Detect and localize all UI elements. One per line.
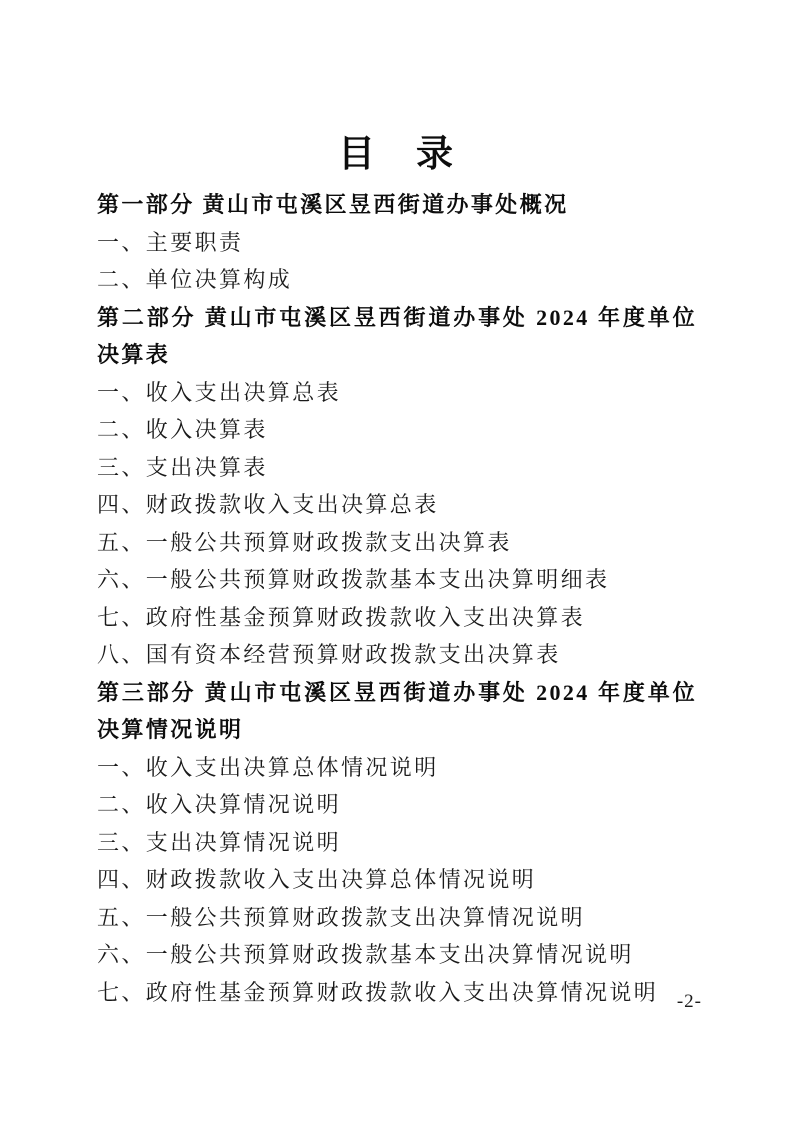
document-page: 目 录 第一部分 黄山市屯溪区昱西街道办事处概况 一、主要职责 二、单位决算构成… xyxy=(0,0,793,1122)
toc-item: 二、单位决算构成 xyxy=(97,261,697,299)
toc-item: 五、一般公共预算财政拨款支出决算情况说明 xyxy=(97,899,697,937)
toc-item: 一、收入支出决算总表 xyxy=(97,374,697,412)
page-title: 目 录 xyxy=(0,132,793,178)
toc-section-3-heading: 第三部分 黄山市屯溪区昱西街道办事处 2024 年度单位决算情况说明 xyxy=(97,674,697,749)
page-number: -2- xyxy=(677,991,702,1013)
toc-item: 六、一般公共预算财政拨款基本支出决算明细表 xyxy=(97,561,697,599)
toc-item: 三、支出决算情况说明 xyxy=(97,824,697,862)
toc-item: 一、主要职责 xyxy=(97,224,697,262)
toc-section-2-heading: 第二部分 黄山市屯溪区昱西街道办事处 2024 年度单位决算表 xyxy=(97,299,697,374)
toc-item: 一、收入支出决算总体情况说明 xyxy=(97,749,697,787)
toc-item: 二、收入决算情况说明 xyxy=(97,786,697,824)
toc-item: 二、收入决算表 xyxy=(97,411,697,449)
toc-item: 四、财政拨款收入支出决算总表 xyxy=(97,486,697,524)
toc-item: 七、政府性基金预算财政拨款收入支出决算情况说明 xyxy=(97,974,697,1012)
toc-item: 五、一般公共预算财政拨款支出决算表 xyxy=(97,524,697,562)
toc-item: 四、财政拨款收入支出决算总体情况说明 xyxy=(97,861,697,899)
toc-section-1-heading: 第一部分 黄山市屯溪区昱西街道办事处概况 xyxy=(97,186,697,224)
toc-item: 八、国有资本经营预算财政拨款支出决算表 xyxy=(97,636,697,674)
toc-item: 三、支出决算表 xyxy=(97,449,697,487)
toc-item: 七、政府性基金预算财政拨款收入支出决算表 xyxy=(97,599,697,637)
toc-item: 六、一般公共预算财政拨款基本支出决算情况说明 xyxy=(97,936,697,974)
table-of-contents: 第一部分 黄山市屯溪区昱西街道办事处概况 一、主要职责 二、单位决算构成 第二部… xyxy=(97,186,697,1011)
